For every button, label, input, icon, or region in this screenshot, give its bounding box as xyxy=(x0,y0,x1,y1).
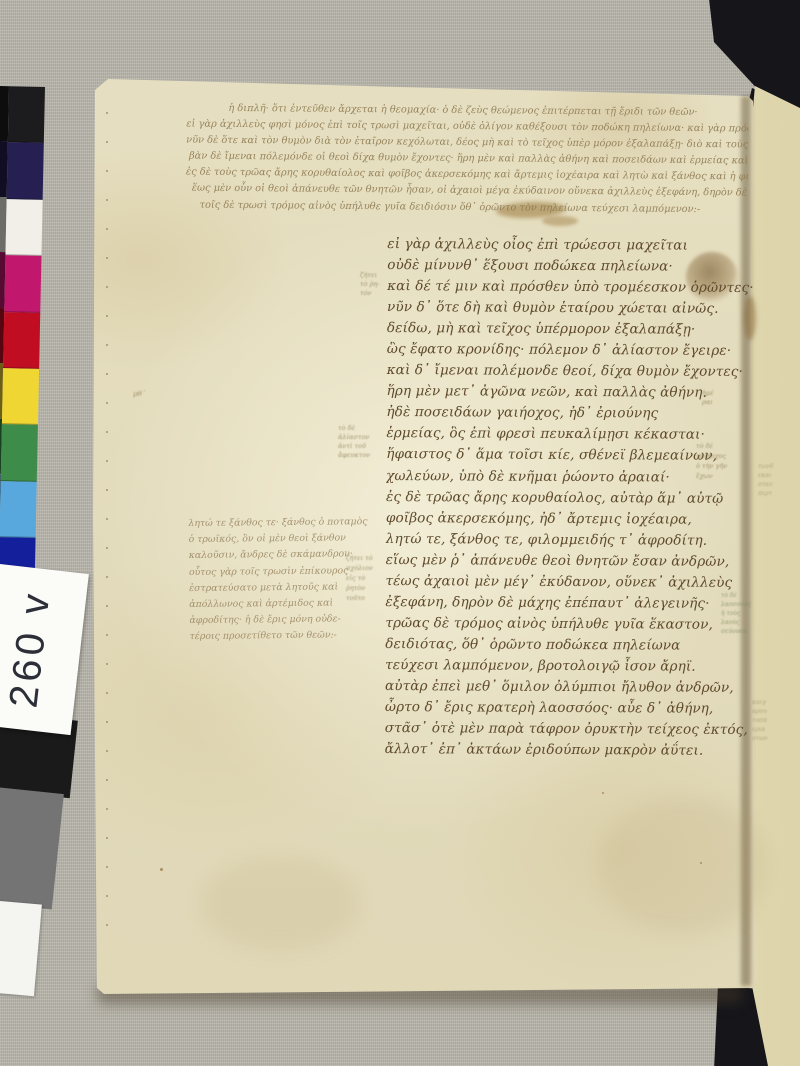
gloss-line: ὁ τὴν γῆν xyxy=(696,461,727,471)
verse-line: ἐς δὲ τρῶας ἄρης κορυθαίολος, αὐτὰρ ἅμ᾽ … xyxy=(386,487,754,510)
gloss-line: τὸ δὲ xyxy=(338,424,370,433)
gloss-line: οταν xyxy=(758,480,773,489)
scholion-line: λητώ τε ξάνθος τε· ξάνθος ὁ ποταμὸς xyxy=(188,514,388,532)
verse-line: ἠδὲ ποσειδάων γαιήοχος, ἠδ᾽ ἐριούνης xyxy=(386,402,754,425)
gloss-line: καιγ xyxy=(752,698,768,707)
gloss-line: εἰς τὸ xyxy=(346,573,373,583)
gloss-line: σχόλιον xyxy=(346,563,373,573)
gloss-line: ζήτει τὸ xyxy=(346,553,373,563)
verse-line: δειδιότας, ὅθ᾽ ὁρῶντο ποδώκεα πηλείωνα xyxy=(385,634,753,657)
gloss-line: ἔχων xyxy=(696,471,727,481)
parchment-speck xyxy=(700,862,702,864)
verse-line: νῦν δ᾽ ὅτε δὴ καὶ θυμὸν ἑταίρου χώεται α… xyxy=(387,297,755,320)
top-scholia-block: ἡ διπλῆ· ὅτι ἐντεῦθεν ἄρχεται ἡ θεομαχία… xyxy=(186,101,749,219)
gloss-line: τὸ δὲ xyxy=(721,591,751,600)
photograph-of-manuscript-folio: { "shelfmark": { "label": "260 v" }, "co… xyxy=(0,0,800,1066)
color-patch-magenta xyxy=(4,255,41,312)
verse-line: οὐδὲ μίνυνθ᾽ ἕξουσι ποδώκεα πηλείωνα· xyxy=(387,255,755,278)
color-patch-red xyxy=(3,312,40,369)
verse-line: καὶ δέ τέ μιν καὶ πρόσθεν ὑπὸ τρομέεσκον… xyxy=(387,276,755,299)
gloss-line: τὸ ῥη- xyxy=(360,280,380,289)
damp-stain xyxy=(598,798,768,933)
gloss-line: λαοὺς xyxy=(721,618,751,627)
color-patch-green xyxy=(1,424,38,481)
verse-line: ›λητώ τε, ξάνθος τε, φιλομμειδής τ᾽ ἀφρο… xyxy=(386,529,754,552)
verse-line: τέως ἀχαιοὶ μὲν μέγ᾽ ἐκύδανον, οὕνεκ᾽ ἀχ… xyxy=(386,571,754,594)
verse-line: τεύχεσι λαμπόμενον, βροτολοιγῷ ἶσον ἄρηϊ… xyxy=(385,655,753,678)
verse-line: ›τρῶας δὲ τρόμος αἰνὸς ὑπήλυθε γυῖα ἕκασ… xyxy=(385,613,753,636)
grayscale-patch-white xyxy=(0,900,42,997)
gloss-line: περτ xyxy=(758,489,773,498)
color-bar-patches xyxy=(0,86,45,594)
damp-stain xyxy=(200,856,360,951)
color-patch-yellow xyxy=(2,368,39,425)
right-margin-gloss: ἡμέραι xyxy=(702,389,714,407)
gloss-line: ῥητὸν xyxy=(346,583,373,593)
verse-line: φοῖβος ἀκερσεκόμης, ἠδ᾽ ἄρτεμις ἰοχέαιρα… xyxy=(386,508,754,531)
right-margin-gloss: τὸ δὲλαοσσόοςἡ τοὺςλαοὺςσεύουσα xyxy=(721,591,751,636)
gloss-line: αρου xyxy=(752,707,768,716)
verse-line: δείδω, μὴ καὶ τεῖχος ὑπέρμορον ἐξαλαπάξῃ… xyxy=(387,318,755,341)
right-margin-gloss: τὸ δὲγαιήοχοςὁ τὴν γῆνἔχων xyxy=(696,441,727,481)
pricking-holes-column xyxy=(106,112,108,934)
grayscale-patch-gray xyxy=(0,786,64,909)
scholion-line: τέροις προσετίθετο τῶν θεῶν:- xyxy=(190,627,390,645)
gloss-line: μθ´ xyxy=(133,390,145,399)
parchment-speck xyxy=(602,792,604,794)
gloss-line: ερια xyxy=(752,725,768,734)
verse-line: εἰ γὰρ ἀχιλλεὺς οἶος ἐπὶ τρώεσσι μαχεῖτα… xyxy=(387,234,755,257)
margin-gloss: τὸ δὲἀλίαστονἀντὶ τοῦἄφευκτον xyxy=(338,424,370,460)
color-patch-navy-blue xyxy=(7,143,44,200)
folio-number-label: 260 v xyxy=(0,563,89,735)
gloss-line: ζήτει xyxy=(360,271,380,280)
gloss-line: τοῦτο xyxy=(346,593,373,603)
gloss-line: ἡ τοὺς xyxy=(721,609,751,618)
gloss-line: ἀντὶ τοῦ xyxy=(338,442,370,451)
gloss-line: σεύουσα xyxy=(721,627,751,636)
facing-page-gloss: τωνδεκαιοτανπερτ xyxy=(758,462,773,498)
parchment-speck xyxy=(160,868,163,871)
facing-page-gloss: καιγαρουτοσπεριαυτων xyxy=(752,698,768,743)
color-patch-black xyxy=(8,86,45,143)
gloss-line: τὸ δὲ xyxy=(696,441,727,451)
margin-gloss: ζήτειτὸ ῥη-τόν xyxy=(360,271,380,298)
gloss-line: ἡμέ xyxy=(702,389,714,398)
gloss-line: τωνδ xyxy=(758,462,773,471)
gloss-line: τοσπ xyxy=(752,716,768,725)
verse-line: καὶ δ᾽ ἴμεναι πολέμονδε θεοί, δίχα θυμὸν… xyxy=(387,360,755,383)
gloss-line: γαιήοχος xyxy=(696,451,727,461)
smudge-stain xyxy=(542,216,578,226)
color-patch-white xyxy=(5,199,42,256)
color-patch-light-blue xyxy=(0,481,37,538)
verse-line: αὐτὰρ ἐπεὶ μεθ᾽ ὅμιλον ὀλύμπιοι ἤλυθον ἀ… xyxy=(385,676,753,699)
margin-gloss: ζήτει τὸσχόλιονεἰς τὸῥητὸντοῦτο xyxy=(346,553,373,603)
gloss-line: ἀλίαστον xyxy=(338,433,370,442)
folio-number-text: 260 v xyxy=(1,588,59,710)
gloss-line: τόν xyxy=(360,289,380,298)
gloss-line: ἄφευκτον xyxy=(338,451,370,460)
gloss-line: εκαι xyxy=(758,471,773,480)
verse-line: ἄλλοτ᾽ ἐπ᾽ ἀκτάων ἐριδούπων μακρὸν ἀΰτει… xyxy=(385,739,753,762)
verse-line: εἵως μὲν ῥ᾽ ἀπάνευθε θεοὶ θνητῶν ἔσαν ἀν… xyxy=(386,550,754,573)
verse-line: ὣς ἔφατο κρονίδης· πόλεμον δ᾽ ἀλίαστον ἔ… xyxy=(387,339,755,362)
verse-line: στᾶσ᾽ ὁτὲ μὲν παρὰ τάφρον ὀρυκτὴν τείχεο… xyxy=(385,718,753,741)
gloss-line: υτων xyxy=(752,734,768,743)
gloss-line: λαοσσόος xyxy=(721,600,751,609)
verse-line: ›ὦρτο δ᾽ ἔρις κρατερὴ λαοσσόος· αὖε δ᾽ ἀ… xyxy=(385,697,753,720)
gloss-line: ραι xyxy=(702,398,714,407)
verse-line: ἐξεφάνη, δηρὸν δὲ μάχης ἐπέπαυτ᾽ ἀλεγειν… xyxy=(385,592,753,615)
color-calibration-bar xyxy=(0,86,45,594)
main-verse-text-block: εἰ γὰρ ἀχιλλεὺς οἶος ἐπὶ τρώεσσι μαχεῖτα… xyxy=(385,234,756,762)
margin-gloss: μθ´ xyxy=(133,390,145,399)
verse-line: ›ἥρη μὲν μετ᾽ ἀγῶνα νεῶν, καὶ παλλὰς ἀθή… xyxy=(386,381,754,404)
